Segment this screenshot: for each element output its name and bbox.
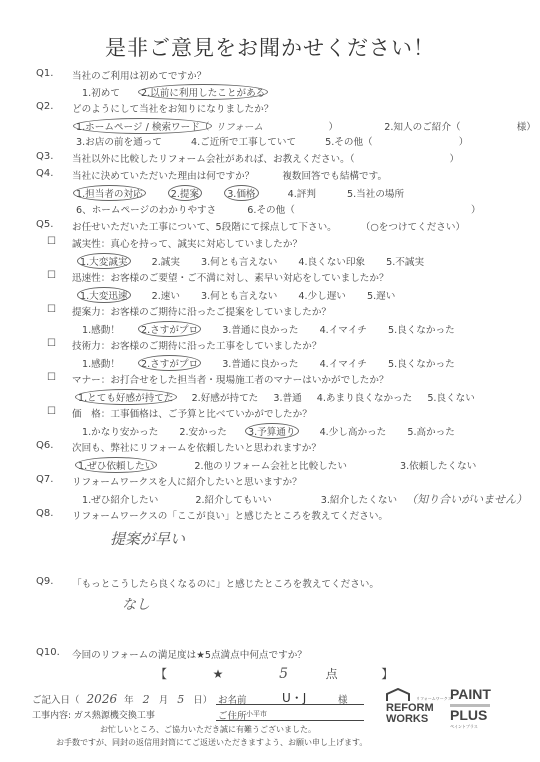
q5-item-manners-options: 1.とても好感が持てた 2.好感が持てた 3.普通 4.あまり良くなかった 5.… <box>78 389 493 405</box>
q6-option-2[interactable]: 2.他のリフォーム会社と比較したい <box>194 458 347 472</box>
q5-speed-option-2[interactable]: 2.速い <box>152 288 180 302</box>
q5-price-option-3[interactable]: 3.予算通り <box>245 423 299 439</box>
q5-proposal-option-1[interactable]: 1.感動！ <box>82 322 120 336</box>
q5-item-price-label: 価 格：工事価格は、ご予算と比べていかがでしたか？ <box>72 406 312 420</box>
q2-option-3[interactable]: 3.お店の前を通って <box>76 134 162 148</box>
q9-number: Q9. <box>36 576 53 587</box>
q1-text: 当社のご利用は初めてですか？ <box>72 68 206 82</box>
q5-honesty-option-1[interactable]: 1.大変誠実 <box>77 253 131 269</box>
q5-item-speed-options: 1.大変迅速 2.速い 3.何とも言えない 4.少し遅い 5.遅い <box>80 287 413 303</box>
q5-proposal-option-4[interactable]: 4.イマイチ <box>320 322 367 336</box>
q5-item-speed-label: 迅速性：お客様のご要望・ご不満に対し、素早い対応をしていましたか？ <box>72 270 389 284</box>
q5-item-skill-options: 1.感動！ 2.さすがプロ 3.普通に良かった 4.イマイチ 5.良くなかった <box>82 355 473 371</box>
q8-answer-handwritten[interactable]: 提案が早い <box>110 528 185 549</box>
q2-option-2-close: 様） <box>517 122 536 133</box>
star-icon: ★ <box>213 667 224 681</box>
date-day[interactable]: 5 <box>177 693 184 706</box>
q5-note: （○をつけてください） <box>361 222 465 233</box>
q10-text: 今回のリフォームの満足度は★5点満点中何点ですか？ <box>72 647 307 661</box>
q5-manners-option-5[interactable]: 5.良くない <box>427 390 475 404</box>
q6-number: Q6. <box>36 440 53 451</box>
q6-text: 次回も、弊社にリフォームを依頼したいと思われますか？ <box>72 440 321 454</box>
q5-honesty-option-2[interactable]: 2.誠実 <box>152 254 180 268</box>
q6-option-3[interactable]: 3.依頼したくない <box>400 458 476 472</box>
q2-option-5-close: ） <box>459 137 469 148</box>
footer-thanks: お忙しいところ、ご協力いただき誠に有難うございました。 <box>100 724 316 735</box>
q5-speed-option-3[interactable]: 3.何とも言えない <box>201 288 277 302</box>
q1-option-1[interactable]: 1.初めて <box>82 85 120 99</box>
q2-option-1[interactable]: 1.ホームページ / 検索ワード（ <box>73 118 212 134</box>
name-underline <box>216 704 364 705</box>
q4-option-1[interactable]: 1.担当者の対応 <box>73 185 146 201</box>
q4-option-5[interactable]: 5.当社の場所 <box>347 186 404 200</box>
q5-price-option-1[interactable]: 1.かなり安かった <box>82 424 158 438</box>
q10-number: Q10. <box>36 647 60 658</box>
q6-options: 1.ぜひ依頼したい 2.他のリフォーム会社と比較したい 3.依頼したくない <box>78 457 494 473</box>
q5-manners-option-3[interactable]: 3.普通 <box>273 390 301 404</box>
q8-number: Q8. <box>36 508 53 519</box>
q5-price-option-2[interactable]: 2.安かった <box>179 424 227 438</box>
house-icon <box>386 688 414 702</box>
q5-item-skill-label: 技術力：お客様のご期待に沿った工事をしていましたか？ <box>72 338 321 352</box>
q5-speed-option-4[interactable]: 4.少し遅い <box>298 288 346 302</box>
q1-option-2[interactable]: 2.以前に利用したことがある <box>138 84 268 100</box>
q7-handwritten-note: （知り合いがいません） <box>406 493 527 506</box>
footer-address[interactable]: 小平市 <box>246 709 267 719</box>
q2-number: Q2. <box>36 101 53 112</box>
q1-number: Q1. <box>36 68 53 79</box>
q4-number: Q4. <box>36 168 53 179</box>
q7-options: 1.ぜひ紹介したい 2.紹介してもいい 3.紹介したくない （知り合いがいません… <box>82 491 527 507</box>
q5-item-manners-label: マナー：お打合せをした担当者・現場施工者のマナーはいかがでしたか？ <box>72 372 389 386</box>
q8-text: リフォームワークスの「ここが良い」と感じたところを教えてください。 <box>72 508 388 522</box>
q5-honesty-option-3[interactable]: 3.何とも言えない <box>201 254 277 268</box>
q5-manners-option-4[interactable]: 4.あまり良くなかった <box>317 390 413 404</box>
q7-option-1[interactable]: 1.ぜひ紹介したい <box>82 492 158 506</box>
q10-score-box: 【 ★ 5 点 】 <box>155 665 393 682</box>
q7-text: リフォームワークスを人に紹介したいと思いますか？ <box>72 474 302 488</box>
checkbox-icon[interactable]: ☐ <box>47 406 56 417</box>
footer-work: 工事内容: ガス熱源機交換工事 <box>32 708 155 721</box>
q2-keyword-handwritten: リフォーム <box>215 119 325 133</box>
q1-options: 1.初めて 2.以前に利用したことがある <box>82 84 286 100</box>
checkbox-icon[interactable]: ☐ <box>47 304 56 315</box>
q3-number: Q3. <box>36 151 53 162</box>
q5-price-option-4[interactable]: 4.少し高かった <box>320 424 387 438</box>
q9-text: 「もっとこうしたら良くなるのに」と感じたところを教えてください。 <box>72 576 379 590</box>
date-month[interactable]: 2 <box>143 693 150 706</box>
q5-skill-option-3[interactable]: 3.普通に良かった <box>222 356 298 370</box>
q3-text: 当社以外に比較したリフォーム会社があれば、お教えください。（） <box>72 151 459 165</box>
q5-text: お任せいただいた工事について、5段階にて採点して下さい。（○をつけてください） <box>72 219 465 233</box>
q5-manners-option-2[interactable]: 2.好感が持てた <box>192 390 259 404</box>
page-title: 是非ご意見をお聞かせください！ <box>0 32 540 62</box>
q2-options-row1: 1.ホームページ / 検索ワード（ リフォーム ） 2.知人のご紹介（ 様） <box>76 118 536 134</box>
checkbox-icon[interactable]: ☐ <box>47 338 56 349</box>
q4-note: 複数回答でも結構です。 <box>282 171 387 182</box>
q5-item-honesty-options: 1.大変誠実 2.誠実 3.何とも言えない 4.良くない印象 5.不誠実 <box>80 253 442 269</box>
q4-option-4[interactable]: 4.評判 <box>288 186 316 200</box>
q5-price-option-5[interactable]: 5.高かった <box>407 424 455 438</box>
q7-number: Q7. <box>36 474 53 485</box>
q3-label: 当社以外に比較したリフォーム会社があれば、お教えください。（ <box>72 154 355 165</box>
q5-proposal-option-3[interactable]: 3.普通に良かった <box>222 322 298 336</box>
q5-proposal-option-2[interactable]: 2.さすがプロ <box>138 321 201 337</box>
footer-date: ご記入日（ 2026 年 2 月 5 日） <box>32 692 212 706</box>
q10-score-handwritten[interactable]: 5 <box>279 666 288 682</box>
q7-option-2[interactable]: 2.紹介してもいい <box>195 492 271 506</box>
q5-item-honesty-label: 誠実性：真心を持って、誠実に対応していましたか？ <box>72 236 302 250</box>
address-underline <box>216 720 364 721</box>
date-year[interactable]: 2026 <box>87 692 118 706</box>
q5-item-proposal-label: 提案力：お客様のご期待に沿ったご提案をしていましたか？ <box>72 304 331 318</box>
q2-option-4[interactable]: 4.ご近所で工事していて <box>191 134 296 148</box>
q5-speed-option-1[interactable]: 1.大変迅速 <box>77 287 131 303</box>
q5-proposal-option-5[interactable]: 5.良くなかった <box>388 322 455 336</box>
q4-text: 当社に決めていただいた理由は何ですか？複数回答でも結構です。 <box>72 168 387 182</box>
footer-return-note: お手数ですが、同封の返信用封筒にてご返送いただきますよう、お願い申し上げます。 <box>56 737 367 748</box>
q4-option-6[interactable]: 6、ホームページのわかりやすさ <box>76 202 216 216</box>
paint-plus-logo: PAINT PLUS ペイントプラス <box>450 688 500 732</box>
q2-option-2[interactable]: 2.知人のご紹介（ <box>384 122 460 133</box>
q5-skill-option-2[interactable]: 2.さすがプロ <box>138 355 201 371</box>
q5-skill-option-5[interactable]: 5.良くなかった <box>388 356 455 370</box>
work-content: ガス熱源機交換工事 <box>74 711 155 721</box>
reform-works-logo: リフォームワークス REFORM WORKS <box>386 688 458 728</box>
q4-option-3[interactable]: 3.価格 <box>224 185 258 201</box>
q5-skill-option-4[interactable]: 4.イマイチ <box>320 356 367 370</box>
checkbox-icon[interactable]: ☐ <box>47 372 56 383</box>
q2-options-row2: 3.お店の前を通って 4.ご近所で工事していて 5.その他（ ） <box>76 134 468 148</box>
q4-option-other[interactable]: 6.その他（ <box>247 205 295 216</box>
q5-skill-option-1[interactable]: 1.感動！ <box>82 356 120 370</box>
q5-honesty-option-4[interactable]: 4.良くない印象 <box>298 254 365 268</box>
q5-honesty-option-5[interactable]: 5.不誠実 <box>386 254 424 268</box>
q2-text: どのようにして当社をお知りになりましたか？ <box>72 101 273 115</box>
q4-options-row1: 1.担当者の対応 2.提案 3.価格 4.評判 5.当社の場所 <box>76 185 422 201</box>
q4-option-2[interactable]: 2.提案 <box>168 185 202 201</box>
q2-option-5[interactable]: 5.その他（ <box>325 137 373 148</box>
checkbox-icon[interactable]: ☐ <box>47 270 56 281</box>
q5-manners-option-1[interactable]: 1.とても好感が持てた <box>75 389 177 405</box>
q6-option-1[interactable]: 1.ぜひ依頼したい <box>75 457 157 473</box>
q10-unit: 点 <box>326 667 338 681</box>
q5-item-proposal-options: 1.感動！ 2.さすがプロ 3.普通に良かった 4.イマイチ 5.良くなかった <box>82 321 473 337</box>
q5-number: Q5. <box>36 219 53 230</box>
checkbox-icon[interactable]: ☐ <box>47 236 56 247</box>
q5-speed-option-5[interactable]: 5.遅い <box>367 288 395 302</box>
q7-option-3[interactable]: 3.紹介したくない <box>321 495 397 506</box>
q2-option-1-close: ） <box>329 122 339 133</box>
q9-answer-handwritten[interactable]: なし <box>122 594 150 614</box>
q5-item-price-options: 1.かなり安かった 2.安かった 3.予算通り 4.少し高かった 5.高かった <box>82 423 473 439</box>
q4-options-row2: 6、ホームページのわかりやすさ 6.その他（ ） <box>76 202 481 216</box>
